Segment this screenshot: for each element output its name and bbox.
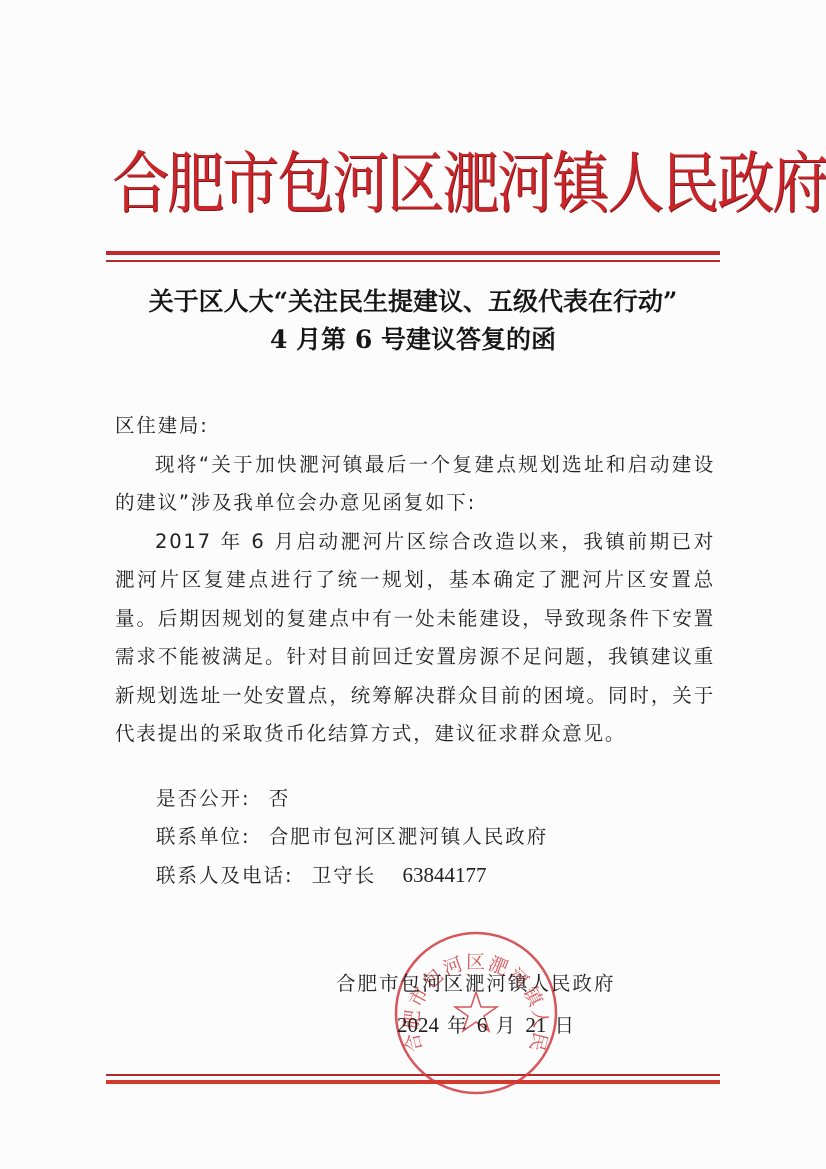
document-body: 区住建局: 现将“关于加快淝河镇最后一个复建点规划选址和启动建设的建议”涉及我单… [115, 407, 715, 754]
public-label: 是否公开: [156, 787, 251, 810]
letterhead-char: 河 [497, 130, 552, 227]
letterhead-char: 政 [717, 130, 772, 227]
contact-phone: 63844177 [403, 863, 487, 887]
unit-row: 联系单位: 合肥市包河区淝河镇人民政府 [156, 818, 548, 856]
letterhead-char: 肥 [167, 130, 222, 227]
letterhead-char: 市 [222, 130, 277, 227]
date-month: 6 [477, 1013, 488, 1037]
letterhead-char: 河 [332, 130, 387, 227]
letterhead-char: 淝 [442, 130, 497, 227]
date-year-unit: 年 [447, 1014, 469, 1037]
date-day: 21 [525, 1013, 546, 1037]
signature-date: 2024 年 6 月 21 日 [397, 1010, 576, 1038]
title-line-1: 关于区人大“关注民生提建议、五级代表在行动” [100, 283, 726, 321]
letterhead-char: 民 [662, 130, 717, 227]
letterhead-char: 合 [112, 130, 167, 227]
public-row: 是否公开: 否 [156, 780, 548, 818]
document-title: 关于区人大“关注民生提建议、五级代表在行动” 4 月第 6 号建议答复的函 [100, 283, 726, 359]
date-year: 2024 [397, 1013, 439, 1037]
contact-meta: 是否公开: 否 联系单位: 合肥市包河区淝河镇人民政府 联系人及电话: 卫守长 … [156, 780, 548, 895]
signature-org: 合肥市包河区淝河镇人民政府 [336, 968, 616, 996]
contact-name: 卫守长 [312, 864, 377, 887]
title-line-2: 4 月第 6 号建议答复的函 [100, 321, 726, 359]
body-paragraph: 现将“关于加快淝河镇最后一个复建点规划选址和启动建设的建议”涉及我单位会办意见函… [115, 446, 715, 523]
letterhead-char: 府 [772, 130, 826, 227]
letterhead-rule-thin [106, 260, 720, 262]
letterhead-char: 包 [277, 130, 332, 227]
body-paragraph: 2017 年 6 月启动淝河片区综合改造以来，我镇前期已对淝河片区复建点进行了统… [115, 523, 715, 754]
unit-label: 联系单位: [156, 825, 251, 848]
letterhead-char: 区 [387, 130, 442, 227]
contact-label: 联系人及电话: [156, 864, 294, 887]
date-month-unit: 月 [496, 1014, 518, 1037]
letterhead-rule-thick [106, 251, 720, 255]
unit-value: 合肥市包河区淝河镇人民政府 [269, 825, 549, 848]
letterhead-char: 镇 [552, 130, 607, 227]
contact-row: 联系人及电话: 卫守长 63844177 [156, 856, 548, 895]
salutation: 区住建局: [115, 407, 715, 446]
letterhead-org-name: 合 肥 市 包 河 区 淝 河 镇 人 民 政 府 [112, 128, 718, 228]
public-value: 否 [269, 787, 291, 810]
letterhead-char: 人 [607, 130, 662, 227]
date-day-unit: 日 [555, 1014, 577, 1037]
